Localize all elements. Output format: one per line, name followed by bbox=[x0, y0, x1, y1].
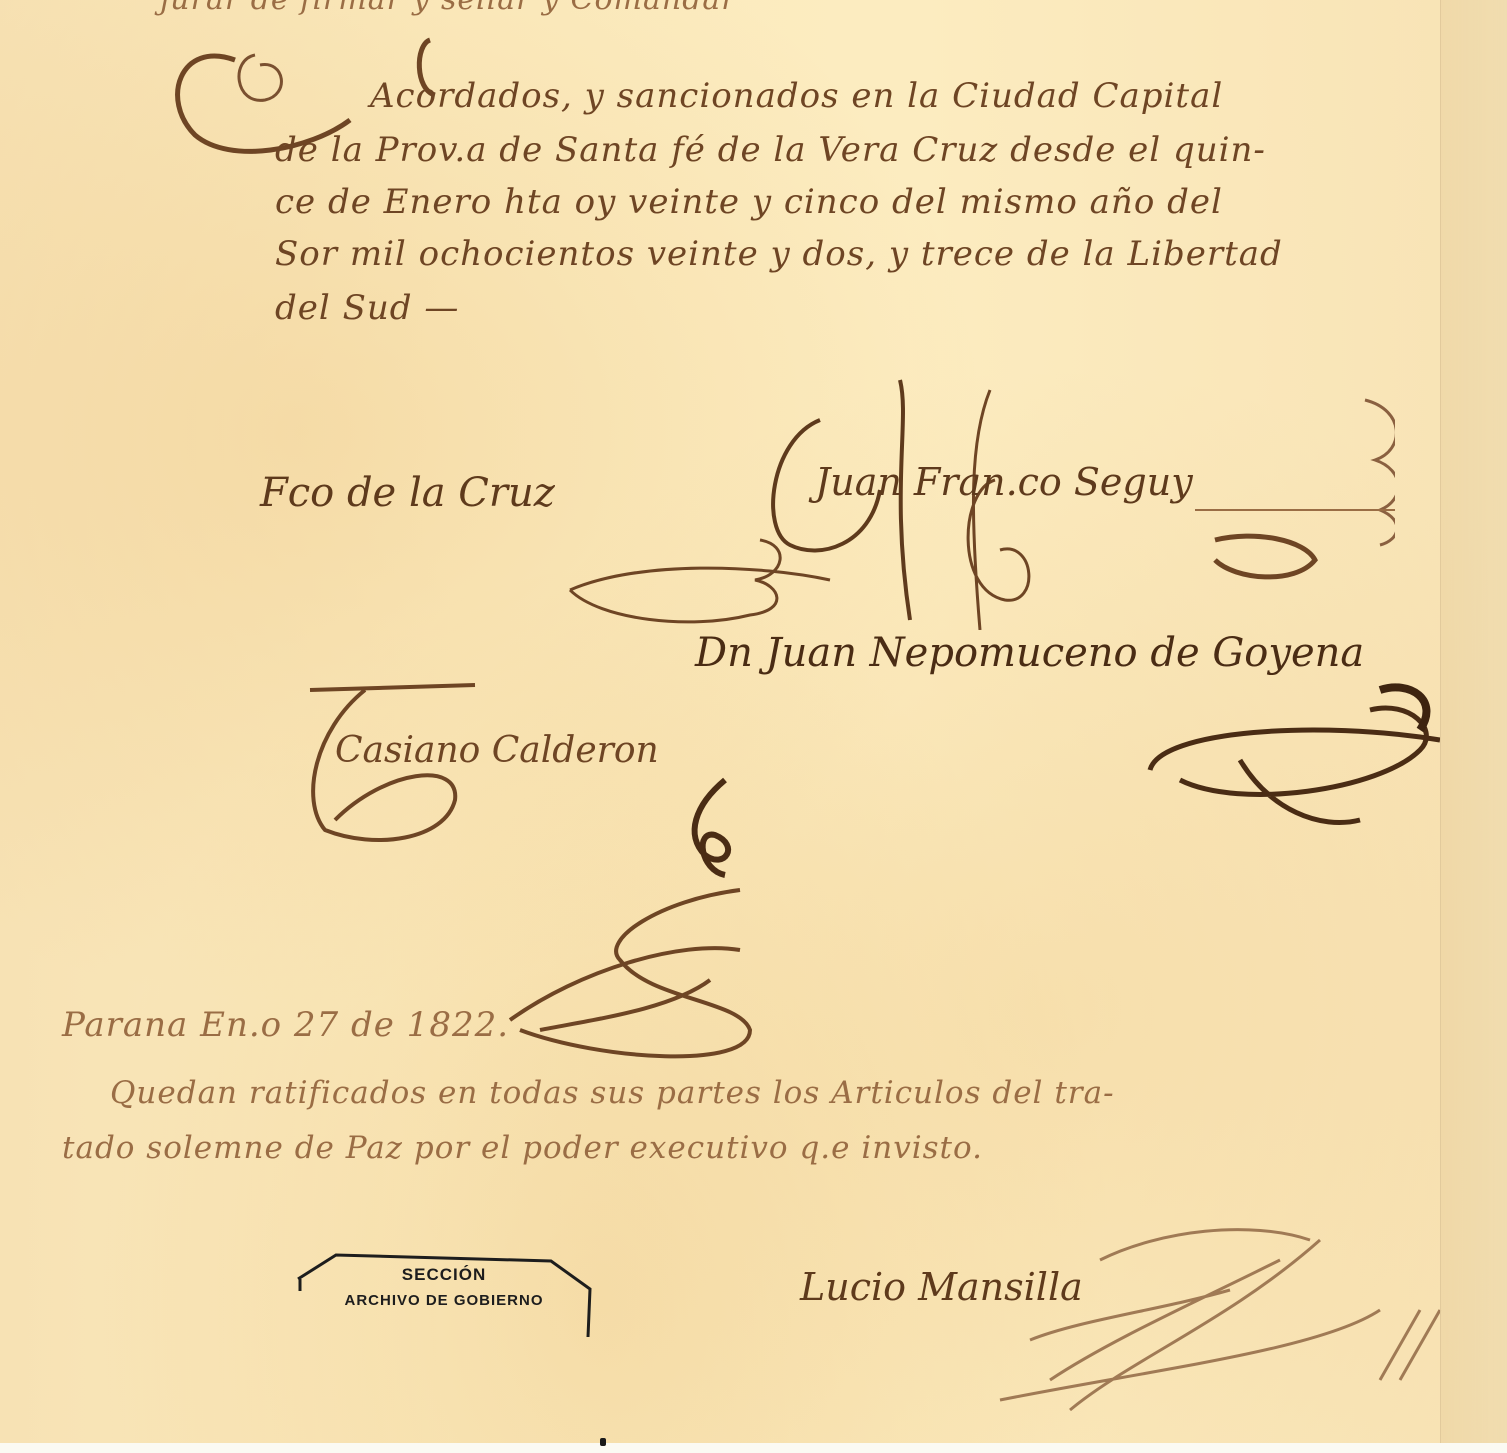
body-line-3: ce de Enero hta oy veinte y cinco del mi… bbox=[275, 182, 1223, 222]
top-partial-line: jurar de firmar y sellar y Comandar bbox=[160, 0, 737, 17]
signature-mansilla: Lucio Mansilla bbox=[800, 1265, 1083, 1309]
manuscript-page: jurar de firmar y sellar y Comandar Acor… bbox=[0, 0, 1507, 1443]
dateline: Parana En.o 27 de 1822. bbox=[62, 1005, 509, 1045]
ratification-line-1: Quedan ratificados en todas sus partes l… bbox=[110, 1075, 1115, 1111]
signature-flourish-icon bbox=[560, 520, 890, 640]
central-rubric-icon bbox=[480, 880, 780, 1080]
signature-cruz: Fco de la Cruz bbox=[260, 470, 555, 516]
stamp-line-2: ARCHIVO DE GOBIERNO bbox=[296, 1292, 592, 1309]
signature-goyena: Dn Juan Nepomuceno de Goyena bbox=[695, 630, 1364, 676]
ink-mark bbox=[600, 1438, 606, 1446]
body-line-1: Acordados, y sancionados en la Ciudad Ca… bbox=[370, 76, 1223, 116]
stamp-line-1: SECCIÓN bbox=[296, 1265, 592, 1285]
body-line-5: del Sud — bbox=[275, 288, 459, 328]
mansilla-rubric-icon bbox=[900, 1200, 1460, 1440]
goyena-rubric-icon bbox=[1120, 670, 1460, 840]
signature-calderon: Casiano Calderon bbox=[335, 730, 659, 771]
ratification-line-2: tado solemne de Paz por el poder executi… bbox=[62, 1130, 983, 1166]
archive-stamp: SECCIÓN ARCHIVO DE GOBIERNO bbox=[296, 1251, 592, 1341]
signature-seguy: Juan Fran.co Seguy bbox=[815, 460, 1193, 504]
body-line-4: Sor mil ochocientos veinte y dos, y trec… bbox=[275, 234, 1283, 274]
calderon-rubric-icon bbox=[675, 775, 755, 885]
body-line-2: de la Prov.a de Santa fé de la Vera Cruz… bbox=[275, 130, 1266, 170]
rubric-coil-icon bbox=[1195, 390, 1395, 590]
